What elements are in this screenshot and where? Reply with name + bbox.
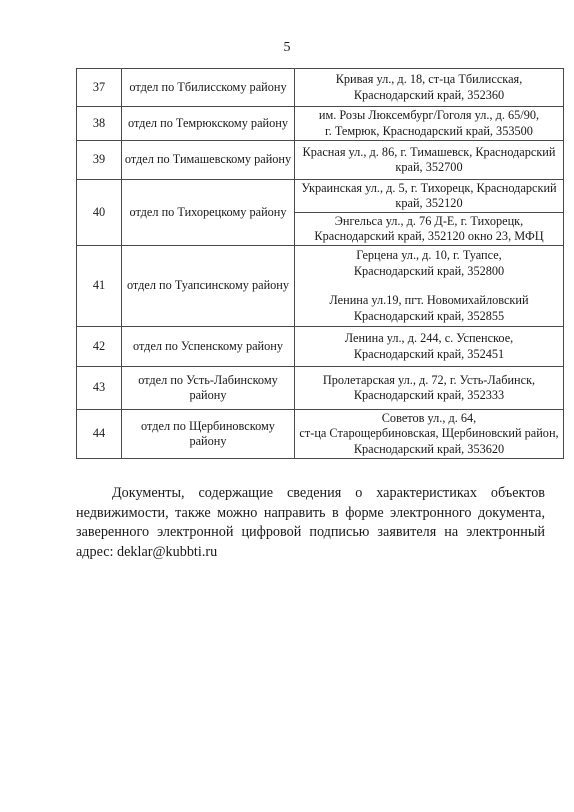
table-row: 39отдел по Тимашевскому районуКрасная ул… xyxy=(77,141,564,180)
row-number: 39 xyxy=(77,141,122,180)
address-line: Пролетарская ул., д. 72, г. Усть-Лабинск… xyxy=(323,373,535,387)
table-row: 41отдел по Туапсинскому районуГерцена ул… xyxy=(77,246,564,327)
address-line: Краснодарский край, 352451 xyxy=(354,347,504,361)
department-name-line: району xyxy=(189,388,226,402)
row-number: 42 xyxy=(77,327,122,367)
department-name: отдел по Тбилисскому району xyxy=(122,69,295,107)
address: Кривая ул., д. 18, ст-ца Тбилисская,Крас… xyxy=(297,72,561,103)
address-line: Краснодарский край, 352333 xyxy=(354,388,504,402)
department-name: отдел по Тимашевскому району xyxy=(122,141,295,180)
paragraph-text: Документы, содержащие сведения о характе… xyxy=(76,485,545,560)
address: Герцена ул., д. 10, г. Туапсе,Краснодарс… xyxy=(297,248,561,279)
address-line: Герцена ул., д. 10, г. Туапсе, xyxy=(356,248,501,262)
address: Советов ул., д. 64,ст-ца Старощербиновск… xyxy=(297,411,561,458)
department-name: отдел по Темрюкскому району xyxy=(122,107,295,141)
address-cell: Советов ул., д. 64,ст-ца Старощербиновск… xyxy=(295,410,564,459)
address-line: Красная ул., д. 86, г. Тимашевск, Красно… xyxy=(303,145,556,159)
address-line: Краснодарский край, 352120 окно 23, МФЦ xyxy=(314,229,543,243)
address-cell: Красная ул., д. 86, г. Тимашевск, Красно… xyxy=(295,141,564,180)
address-cell: Кривая ул., д. 18, ст-ца Тбилисская,Крас… xyxy=(295,69,564,107)
table-row: 42отдел по Успенскому районуЛенина ул., … xyxy=(77,327,564,367)
address-cell: Украинская ул., д. 5, г. Тихорецк, Красн… xyxy=(295,180,564,213)
department-name: отдел по Успенскому району xyxy=(122,327,295,367)
table-row: 38отдел по Темрюкскому районуим. Розы Лю… xyxy=(77,107,564,141)
row-number: 43 xyxy=(77,367,122,410)
address-line: г. Темрюк, Краснодарский край, 353500 xyxy=(325,124,533,138)
address: Ленина ул., д. 244, с. Успенское,Краснод… xyxy=(297,331,561,362)
address-line: край, 352700 xyxy=(395,160,462,174)
departments-table: 37отдел по Тбилисскому районуКривая ул.,… xyxy=(76,68,564,459)
address-line: Ленина ул.19, пгт. Новомихайловский xyxy=(329,293,528,307)
department-name-line: району xyxy=(189,434,226,448)
address: им. Розы Люксембург/Гоголя ул., д. 65/90… xyxy=(297,108,561,139)
table-row: 44отдел по ЩербиновскомурайонуСоветов ул… xyxy=(77,410,564,459)
department-name: отдел по Туапсинскому району xyxy=(122,246,295,327)
address: Красная ул., д. 86, г. Тимашевск, Красно… xyxy=(297,145,561,176)
address-cell: Энгельса ул., д. 76 Д-Е, г. Тихорецк,Кра… xyxy=(295,213,564,246)
row-number: 44 xyxy=(77,410,122,459)
address-line: Краснодарский край, 352855 xyxy=(354,309,504,323)
address-line: Кривая ул., д. 18, ст-ца Тбилисская, xyxy=(336,72,523,86)
table-row: 37отдел по Тбилисскому районуКривая ул.,… xyxy=(77,69,564,107)
address: Пролетарская ул., д. 72, г. Усть-Лабинск… xyxy=(297,373,561,404)
table-row: 40отдел по Тихорецкому районуУкраинская … xyxy=(77,180,564,213)
address: Ленина ул.19, пгт. НовомихайловскийКрасн… xyxy=(297,293,561,324)
address-line: Краснодарский край, 353620 xyxy=(354,442,504,456)
address-line: Краснодарский край, 352800 xyxy=(354,264,504,278)
address-line: край, 352120 xyxy=(395,196,462,210)
page-number: 5 xyxy=(0,40,574,56)
address-cell: им. Розы Люксембург/Гоголя ул., д. 65/90… xyxy=(295,107,564,141)
address-line: Ленина ул., д. 244, с. Успенское, xyxy=(345,331,514,345)
address-line: Энгельса ул., д. 76 Д-Е, г. Тихорецк, xyxy=(335,214,523,228)
address-line: Советов ул., д. 64, xyxy=(382,411,477,425)
address: Энгельса ул., д. 76 Д-Е, г. Тихорецк,Кра… xyxy=(297,214,561,245)
table-row: 43отдел по Усть-ЛабинскомурайонуПролетар… xyxy=(77,367,564,410)
address-line: Краснодарский край, 352360 xyxy=(354,88,504,102)
address-cell: Ленина ул., д. 244, с. Успенское,Краснод… xyxy=(295,327,564,367)
department-name: отдел по Усть-Лабинскомурайону xyxy=(122,367,295,410)
row-number: 41 xyxy=(77,246,122,327)
row-number: 40 xyxy=(77,180,122,246)
department-name-line: отдел по Щербиновскому xyxy=(141,419,275,433)
department-name-line: отдел по Усть-Лабинскому xyxy=(138,373,278,387)
department-name: отдел по Тихорецкому району xyxy=(122,180,295,246)
address-line: ст-ца Старощербиновская, Щербиновский ра… xyxy=(299,426,558,440)
address-line: им. Розы Люксембург/Гоголя ул., д. 65/90… xyxy=(319,108,539,122)
department-name: отдел по Щербиновскомурайону xyxy=(122,410,295,459)
row-number: 37 xyxy=(77,69,122,107)
email-notice-paragraph: Документы, содержащие сведения о характе… xyxy=(76,484,545,562)
address: Украинская ул., д. 5, г. Тихорецк, Красн… xyxy=(297,181,561,212)
address-line: Украинская ул., д. 5, г. Тихорецк, Красн… xyxy=(301,181,556,195)
address-cell: Герцена ул., д. 10, г. Туапсе,Краснодарс… xyxy=(295,246,564,327)
row-number: 38 xyxy=(77,107,122,141)
address-cell: Пролетарская ул., д. 72, г. Усть-Лабинск… xyxy=(295,367,564,410)
